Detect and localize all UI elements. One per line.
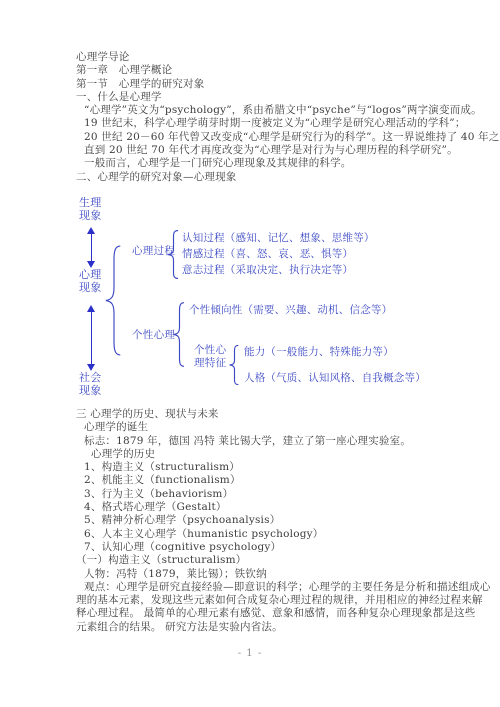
section3-history: 心理学的历史 — [76, 448, 491, 461]
school-list-item: 5、精神分析心理学（psychoanalysis） — [76, 514, 491, 527]
diagram-leaf-emotional: 情感过程（喜、怒、哀、恶、惧等） — [182, 248, 353, 260]
doc-title: 心理学导论 — [76, 51, 500, 64]
viewpoint-line: 观点：心理学是研究直接经验—即意识的科学；心理学的主要任务是分析和描述组成心 — [76, 581, 491, 594]
school-list-item: 6、人本主义心理学（humanistic psychology） — [76, 528, 491, 541]
section1-paragraph-line: 19 世纪末，科学心理学萌芽时期一度被定义为“心理学是研究心理活动的学科”； — [76, 117, 500, 130]
page-number: - 1 - — [0, 648, 500, 659]
bottom-text-block: 三 心理学的历史、现状与未来 心理学的诞生 标志：1879 年，德国 冯特 莱比… — [76, 408, 491, 634]
school-list-item: 2、机能主义（functionalism） — [76, 474, 491, 487]
section1-paragraph-line: 直到 20 世纪 70 年代才再度改变为“心理学是对行为与心理历程的科学研究”。 — [76, 144, 500, 157]
viewpoint-line: 释心理过程。 最简单的心理元素有感觉、意象和感情，而各种复杂心理现象都是这些 — [76, 607, 491, 620]
brace-icon — [229, 345, 240, 385]
school-list-item: 7、认知心理（cognitive psychology） — [76, 541, 491, 554]
diagram-leaf-cognitive: 认知过程（感知、记忆、想象、思维等） — [182, 232, 375, 244]
diagram-node-physiological: 生理现象 — [79, 196, 103, 222]
section1-paragraph-line: 20 世纪 20－60 年代曾又改变成“心理学是研究行为的科学”。这一界说维持了… — [76, 131, 500, 144]
document-page: 心理学导论 第一章 心理学概论 第一节 心理学的研究对象 一、什么是心理学 “心… — [0, 0, 500, 707]
section3-heading: 三 心理学的历史、现状与未来 — [76, 408, 491, 421]
section3-mark: 标志：1879 年，德国 冯特 莱比锡大学，建立了第一座心理实验室。 — [76, 435, 491, 448]
diagram-leaf-tendency: 个性倾向性（需要、兴趣、动机、信念等） — [189, 304, 392, 316]
diagram-node-traits: 个性心理特征 — [194, 344, 229, 369]
double-arrow-icon — [87, 227, 96, 268]
subsection1-heading: （一）构造主义（structuralism） — [76, 554, 491, 567]
section1-paragraph-line: 一般而言，心理学是一门研究心理现象及其规律的科学。 — [76, 157, 500, 170]
diagram-leaf-ability: 能力（一般能力、特殊能力等） — [244, 346, 394, 358]
brace-icon — [105, 245, 123, 356]
school-list-item: 3、行为主义（behaviorism） — [76, 488, 491, 501]
viewpoint-line: 理的基本元素，发现这些元素如何合成复杂心理过程的规律，并用相应的神经过程来解 — [76, 594, 491, 607]
section2-heading: 二、心理学的研究对象—心理现象 — [76, 171, 500, 184]
section1-heading: 一、什么是心理学 — [76, 91, 500, 104]
school-list-item: 4、格式塔心理学（Gestalt） — [76, 501, 491, 514]
chapter-heading: 第一章 心理学概论 — [76, 64, 500, 77]
school-list-item: 1、构造主义（structuralism） — [76, 461, 491, 474]
section1-paragraph-line: “心理学”英文为“psychology”，系由希腊文中“psyche”与“log… — [76, 104, 500, 117]
section-heading: 第一节 心理学的研究对象 — [76, 78, 500, 91]
top-text-block: 心理学导论 第一章 心理学概论 第一节 心理学的研究对象 一、什么是心理学 “心… — [76, 51, 500, 184]
double-arrow-icon — [87, 305, 96, 371]
viewpoint-line: 元素组合的结果。 研究方法是实验内省法。 — [76, 621, 491, 634]
brace-icon — [173, 302, 186, 367]
diagram-leaf-character: 人格（气质、认知风格、自我概念等） — [244, 372, 426, 384]
figures-line: 人物：冯特（1879，莱比锡）；铁钦纳 — [76, 568, 491, 581]
brace-icon — [167, 230, 180, 279]
section3-birth: 心理学的诞生 — [76, 421, 491, 434]
diagram-leaf-volitional: 意志过程（采取决定、执行决定等） — [182, 264, 353, 276]
diagram-node-psychological: 心理现象 — [79, 268, 103, 294]
diagram-node-social: 社会现象 — [79, 371, 103, 397]
diagram-node-personality: 个性心理 — [132, 329, 175, 342]
